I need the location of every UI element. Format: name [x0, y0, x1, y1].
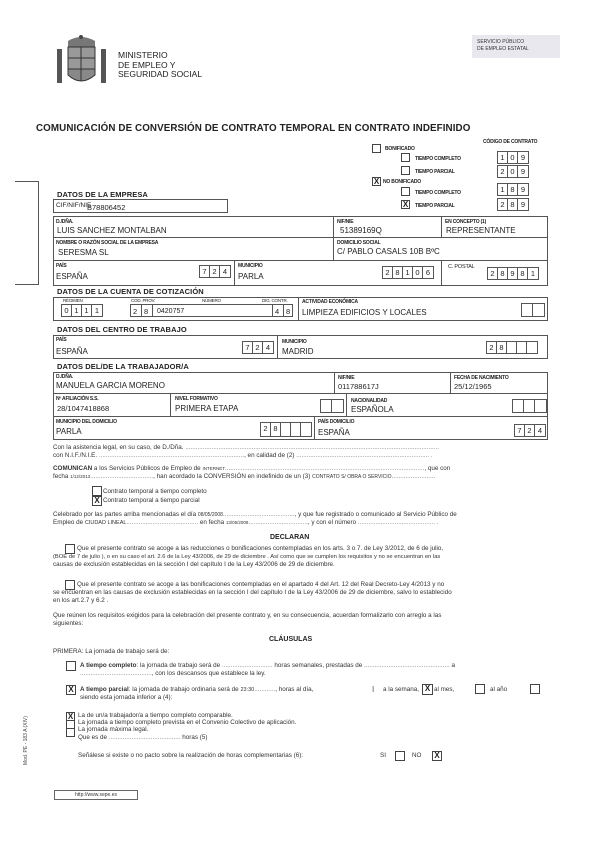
ministry-name: MINISTERIO DE EMPLEO Y SEGURIDAD SOCIAL: [118, 51, 202, 80]
prov-digit-1: 2: [133, 307, 137, 316]
razon-label: NOMBRE O RAZÓN SOCIAL DE LA EMPRESA: [56, 240, 158, 246]
digit-cell: 9: [518, 166, 528, 177]
clausulas-heading: CLÁUSULAS: [269, 636, 312, 643]
que-es-line: Que es de ..............................…: [78, 734, 208, 742]
centro-pais-code[interactable]: 724: [242, 341, 274, 354]
centro-municipio-label: MUNICIPIO: [282, 339, 307, 345]
horas-maxima-field[interactable]: ........................................…: [109, 734, 181, 741]
divider: [314, 416, 315, 440]
tiempo-parcial-checkbox[interactable]: X: [66, 685, 76, 695]
digit-cell: 1: [403, 267, 413, 278]
trab-name-label: D./DÑA.: [56, 374, 73, 380]
divider: [334, 372, 335, 393]
nobon-completo-checkbox[interactable]: [401, 187, 410, 196]
bon-parcial-label: TIEMPO PARCIAL: [415, 169, 455, 175]
fecha-registro-field[interactable]: 13/05/2008..............................…: [226, 519, 308, 526]
centro-pais[interactable]: ESPAÑA: [56, 347, 88, 356]
digit-cell: 0: [413, 267, 423, 278]
staple-bracket: [15, 181, 39, 284]
inferior-option-3-label: La jornada máxima legal.: [78, 726, 148, 734]
mes-label: al mes,: [434, 686, 454, 694]
nivel-label: NIVEL FORMATIVO: [175, 396, 218, 402]
digit-cell: 2: [253, 342, 263, 353]
nobon-completo-label: TIEMPO COMPLETO: [415, 190, 461, 196]
digit-cell: 2: [261, 423, 271, 436]
fecha-line: fecha 1/12/2013.........................…: [53, 473, 548, 481]
empresa-codigo-postal[interactable]: 28981: [487, 267, 539, 280]
empresa-pais[interactable]: ESPAÑA: [56, 272, 88, 281]
bon-completo-label: TIEMPO COMPLETO: [415, 156, 461, 162]
pais-domicilio[interactable]: ESPAÑA: [318, 428, 350, 437]
digit-cell: [527, 342, 537, 353]
tiempo-parcial-line: A tiempo parcial: la jornada de trabajo …: [80, 686, 480, 694]
digit-cell: 1: [82, 305, 92, 316]
digit-cell: [301, 423, 311, 436]
trabajador-name[interactable]: MANUELA GARCIA MORENO: [56, 381, 165, 390]
contrato-parcial-checkbox[interactable]: X: [92, 496, 102, 506]
divider: [152, 305, 153, 317]
centro-section-title: DATOS DEL CENTRO DE TRABAJO: [57, 325, 187, 334]
divider: [53, 416, 548, 417]
digit-cell: 0: [508, 166, 518, 177]
no-bonificado-label: NO BONIFICADO: [383, 179, 421, 185]
digit-cell: [524, 400, 535, 412]
agency-badge: SERVICIO PÚBLICO DE EMPLEO ESTATAL: [472, 35, 560, 58]
staple-bracket-bottom: [15, 284, 39, 285]
anio-extra-checkbox[interactable]: [530, 684, 540, 694]
actividad-label: ACTIVIDAD ECONÓMICA: [302, 299, 358, 305]
empresa-section-title: DATOS DE LA EMPRESA: [57, 190, 148, 199]
celebrado-line: Celebrado por las partes arriba menciona…: [53, 511, 548, 519]
digit-cell: 2: [498, 166, 508, 177]
declaran-heading: DECLARAN: [270, 534, 309, 541]
nacionalidad-label: NACIONALIDAD: [351, 398, 387, 404]
digit-cell: 6: [423, 267, 433, 278]
digit-cell: 9: [518, 199, 528, 210]
digit-cell: 4: [263, 342, 273, 353]
trabajador-nif[interactable]: 011788617J: [338, 382, 379, 391]
digit-cell: 8: [271, 423, 281, 436]
horas-parcial-field[interactable]: 23:30............: [240, 686, 275, 693]
cp-label: C. POSTAL: [448, 264, 475, 270]
municipio-label: MUNICIPIO: [238, 263, 263, 269]
digit-cell: 4: [220, 266, 230, 277]
mun-dom-label: MUNICIPIO DEL DOMICILIO: [56, 419, 117, 425]
digit-cell: [522, 304, 533, 316]
reunen-text: Que reúnen los requisitos exigidos para …: [53, 612, 553, 628]
coat-of-arms-icon: [54, 33, 109, 87]
divider: [333, 216, 334, 260]
numero-registro-field[interactable]: ........................................…: [358, 519, 438, 526]
cotizacion-section-title: DATOS DE LA CUENTA DE COTIZACIÓN: [57, 287, 204, 296]
empresa-pais-code[interactable]: 724: [199, 265, 231, 278]
digit-cell: [291, 423, 301, 436]
contrato-completo-checkbox[interactable]: [92, 486, 102, 496]
dias-hasta-field[interactable]: ........................................…: [80, 670, 152, 677]
bonificado-checkbox[interactable]: [372, 144, 381, 153]
digit-cell: 8: [393, 267, 403, 278]
nivel-code[interactable]: [320, 399, 344, 413]
model-number: Mod. PE - 183 A (XIV): [23, 716, 29, 765]
domicilio-label: DOMICILIO SOCIAL: [337, 240, 380, 246]
divider: [441, 216, 442, 237]
digit-cell: [517, 342, 527, 353]
digit-cell: 2: [383, 267, 393, 278]
digit-cell: [533, 304, 544, 316]
tipo-contrato-field[interactable]: CONTRATO S/ OBRA O SERVICIO.............…: [312, 473, 435, 480]
contrato-completo-label: Contrato temporal a tiempo completo: [103, 488, 207, 496]
divider: [272, 305, 273, 317]
si-label: SI: [380, 752, 386, 760]
digit-cell: 2: [487, 342, 497, 353]
digit-cell: [535, 400, 546, 412]
page-title: COMUNICACIÓN DE CONVERSIÓN DE CONTRATO T…: [36, 123, 470, 134]
nobon-parcial-checkbox[interactable]: X: [401, 200, 410, 209]
name-label: D./DÑA.: [56, 219, 73, 225]
tiempo-completo-line-2: ........................................…: [80, 670, 266, 678]
no-checkbox[interactable]: X: [432, 751, 442, 761]
fecha-nacimiento[interactable]: 25/12/1965: [454, 382, 492, 391]
nacionalidad-code[interactable]: [512, 399, 547, 413]
tiempo-completo-line: A tiempo completo: la jornada de trabajo…: [80, 662, 550, 670]
digit-cell: 4: [535, 425, 545, 436]
al-mes-checkbox[interactable]: X: [422, 684, 433, 695]
digit-cell: 1: [92, 305, 102, 316]
cif-field[interactable]: CIF/NIF/NIE B78806452: [53, 199, 228, 213]
al-anio-checkbox[interactable]: [475, 684, 485, 694]
actividad-code[interactable]: [521, 303, 545, 317]
dig-digit-2: 8: [286, 307, 290, 316]
empresa-municipio-code[interactable]: 28106: [382, 266, 434, 279]
declaracion-1-text: Que el presente contrato se acoge a las …: [53, 545, 553, 569]
asistencia-nif-blank[interactable]: ........................................…: [99, 452, 244, 459]
tiempo-completo-checkbox[interactable]: [66, 661, 76, 671]
nivel-formativo[interactable]: PRIMERA ETAPA: [175, 404, 238, 413]
code-109: 109: [497, 151, 529, 164]
cotizacion-table: [53, 297, 548, 321]
si-checkbox[interactable]: [395, 751, 405, 761]
contract-code-header: CÓDIGO DE CONTRATO: [483, 139, 537, 145]
divider: [53, 237, 548, 238]
comunican-servicio-field[interactable]: INTERNET................................…: [202, 465, 424, 472]
digit-cell: [281, 423, 291, 436]
divider: [298, 297, 299, 321]
divider: [277, 335, 278, 359]
digit-cell: 9: [508, 268, 518, 279]
cotizacion-numero: 0420757: [157, 307, 184, 316]
fecha-acuerdo-field[interactable]: 1/12/2013...............................…: [70, 473, 153, 480]
sepe-url-link[interactable]: http://www.sepe.es: [54, 790, 138, 800]
empresa-representative[interactable]: LUIS SANCHEZ MONTALBAN: [57, 226, 167, 235]
asistencia-calidad-blank[interactable]: ........................................…: [296, 452, 432, 459]
code-189: 189: [497, 183, 529, 196]
primera-clause: PRIMERA: La jornada de trabajo será de:: [53, 648, 169, 656]
digit-cell: 0: [508, 152, 518, 163]
regimen-code[interactable]: 0111: [61, 304, 103, 317]
digit-cell: 8: [508, 199, 518, 210]
trabajador-section-title: DATOS DEL/DE LA TRABAJADOR/A: [57, 362, 189, 371]
digit-cell: [321, 400, 332, 412]
pais-dom-label: PAÍS DOMICILIO: [318, 419, 354, 425]
inferior-intro: siendo esta jornada inferior a (4):: [80, 694, 172, 702]
code-289: 289: [497, 198, 529, 211]
nobon-parcial-label: TIEMPO PARCIAL: [415, 203, 455, 209]
digit-cell: 2: [488, 268, 498, 279]
asistencia-line-2: con N.I.F./N.I.E. ......................…: [53, 452, 548, 460]
pais-label: PAÍS: [56, 263, 67, 269]
empresa-nif[interactable]: 51389169Q: [340, 226, 382, 235]
divider: [346, 393, 347, 416]
bon-parcial-checkbox[interactable]: [401, 166, 410, 175]
divider: [234, 260, 235, 286]
declaracion-2-text: Que el presente contrato se acoge a las …: [53, 581, 553, 605]
asistencia-line-1: Con la asistencia legal, en su caso, de …: [53, 444, 548, 452]
digit-cell: 7: [243, 342, 253, 353]
divider: [441, 260, 442, 286]
divider: [141, 305, 142, 317]
digit-cell: 9: [518, 152, 528, 163]
cotizacion-number-field[interactable]: 2 8 0420757 4 8: [130, 304, 293, 317]
digit-cell: 1: [528, 268, 538, 279]
code-209: 209: [497, 165, 529, 178]
digit-cell: [513, 400, 524, 412]
empresa-domicilio[interactable]: C/ PABLO CASALS 10B BºC: [337, 247, 440, 256]
empresa-concepto[interactable]: REPRESENTANTE: [446, 226, 516, 235]
afiliacion-ss[interactable]: 28/1047418868: [57, 404, 109, 413]
divider: [450, 372, 451, 393]
digit-cell: 7: [515, 425, 525, 436]
no-bonificado-checkbox[interactable]: X: [372, 177, 381, 186]
digit-cell: 1: [498, 152, 508, 163]
divider: [53, 260, 548, 261]
divider: [53, 393, 548, 394]
digit-cell: 2: [498, 199, 508, 210]
digit-cell: [507, 342, 517, 353]
afiliacion-label: Nº AFILIACIÓN S.S.: [56, 396, 99, 402]
empleo-line: Empleo de CIUDAD LINEAL.................…: [53, 519, 548, 527]
digit-cell: 2: [210, 266, 220, 277]
inferior-option-3-checkbox[interactable]: [66, 728, 75, 737]
trab-nif-label: NIF/NIE: [338, 375, 354, 381]
contrato-parcial-label: Contrato temporal a tiempo parcial: [103, 497, 200, 505]
divider: [283, 305, 284, 317]
digit-cell: 8: [497, 342, 507, 353]
nif-label: NIF/NIE: [337, 219, 353, 225]
text-cursor-icon: I: [372, 685, 374, 694]
actividad-economica[interactable]: LIMPIEZA EDIFICIOS Y LOCALES: [302, 308, 427, 317]
centro-pais-label: PAÍS: [56, 337, 67, 343]
digit-cell: 2: [525, 425, 535, 436]
centro-municipio[interactable]: MADRID: [282, 347, 314, 356]
fecha-nac-label: FECHA DE NACIMIENTO: [454, 375, 509, 381]
mun-dom-code[interactable]: 28: [260, 422, 312, 437]
digit-cell: 1: [498, 184, 508, 195]
centro-municipio-code[interactable]: 28: [486, 341, 538, 354]
oficina-empleo-field[interactable]: CIUDAD LINEAL...........................…: [85, 519, 198, 526]
dig-digit-1: 4: [275, 307, 279, 316]
asistencia-name-blank[interactable]: ........................................…: [185, 444, 439, 451]
bonificado-label: BONIFICADO: [385, 146, 415, 152]
no-label: NO: [412, 752, 421, 760]
dias-desde-field[interactable]: ........................................…: [364, 662, 450, 669]
anio-label: al año: [490, 686, 507, 694]
digit-cell: [332, 400, 343, 412]
comunican-line: COMUNICAN a los Servicios Públicos de Em…: [53, 465, 548, 473]
digit-cell: 8: [508, 184, 518, 195]
municipio-domicilio[interactable]: PARLA: [56, 427, 82, 436]
concepto-label: EN CONCEPTO (1): [445, 219, 486, 225]
horas-complementarias-text: Señálese si existe o no pacto sobre la r…: [78, 752, 303, 760]
divider: [170, 393, 171, 416]
digit-cell: 0: [62, 305, 72, 316]
digit-cell: 9: [518, 184, 528, 195]
nacionalidad[interactable]: ESPAÑOLA: [351, 405, 394, 414]
horas-semanales-field[interactable]: .............................: [222, 662, 273, 669]
fecha-celebrado-field[interactable]: 08/05/2008..............................…: [198, 511, 295, 518]
bon-completo-checkbox[interactable]: [401, 153, 410, 162]
digit-cell: 8: [518, 268, 528, 279]
digit-cell: 1: [72, 305, 82, 316]
empresa-municipio[interactable]: PARLA: [238, 272, 264, 281]
digit-cell: 7: [200, 266, 210, 277]
prov-digit-2: 8: [144, 307, 148, 316]
digit-cell: 8: [498, 268, 508, 279]
semana-label: a la semana,: [383, 686, 419, 694]
empresa-razon-social[interactable]: SERESMA SL: [58, 248, 109, 257]
pais-dom-code[interactable]: 724: [514, 424, 546, 437]
